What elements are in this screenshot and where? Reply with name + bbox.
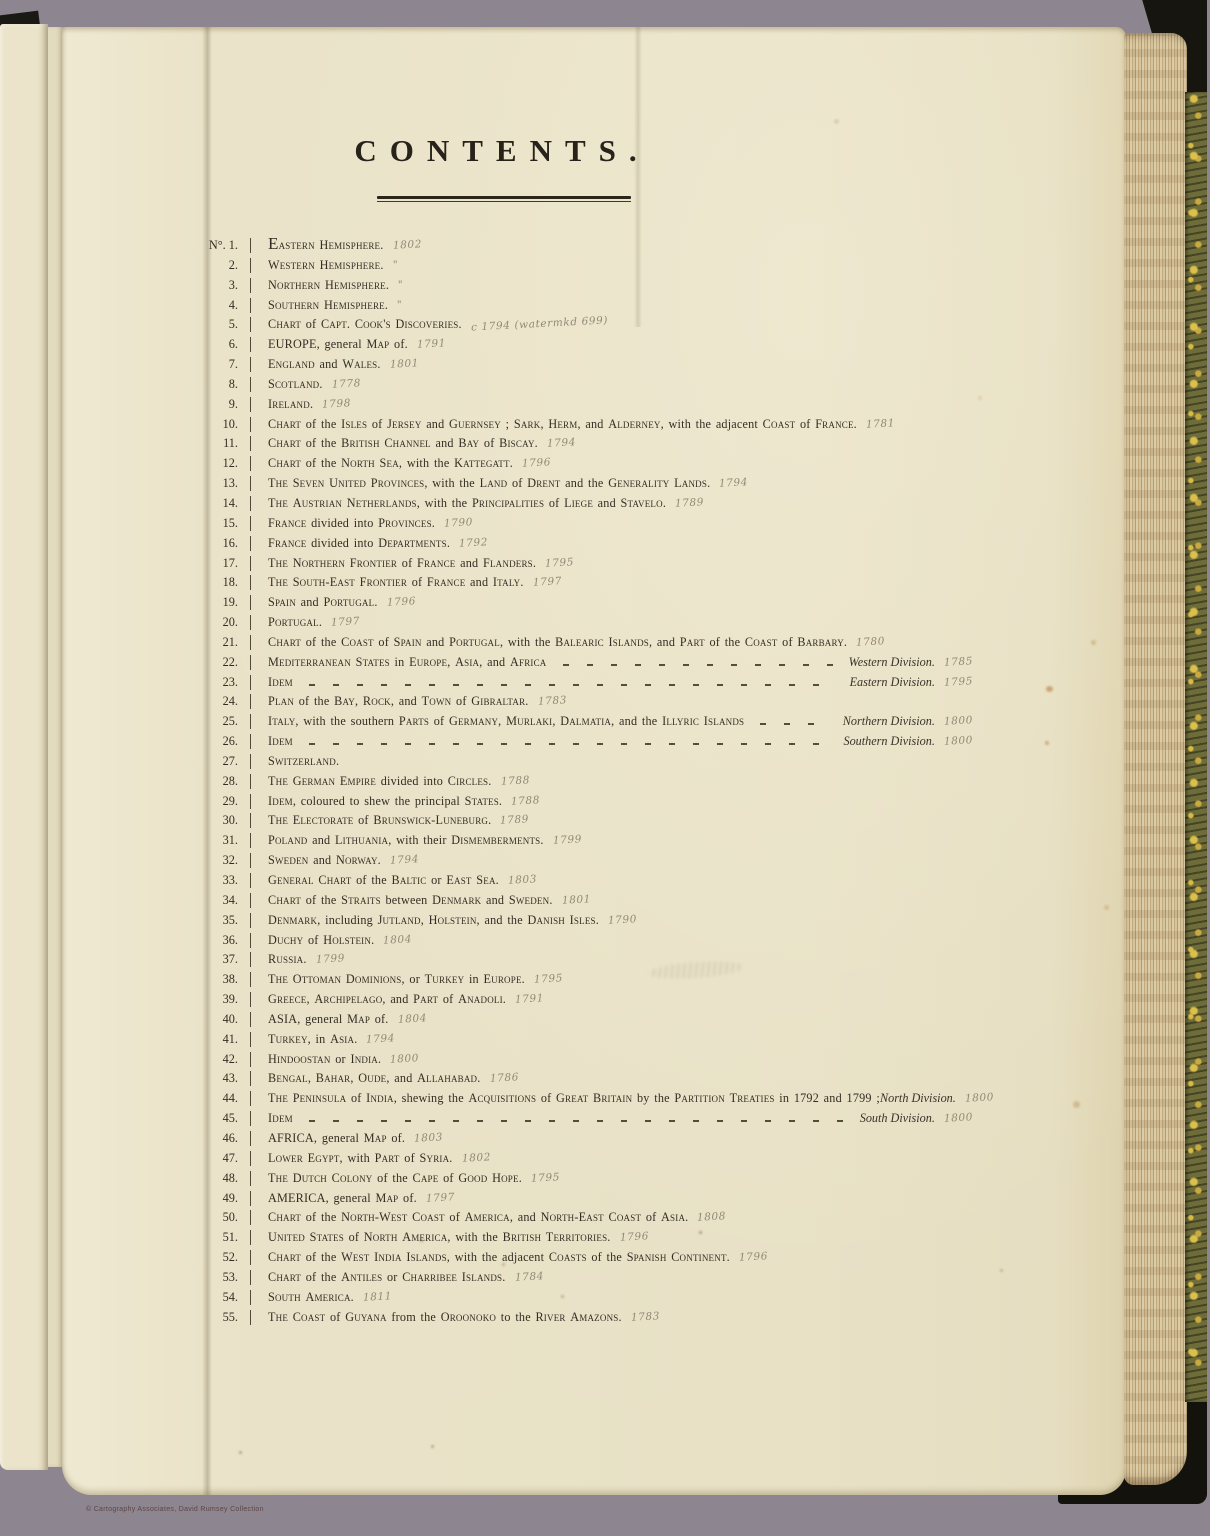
handwritten-year: 1789 xyxy=(675,496,705,510)
toc-row: 10.Chart of the Isles of Jersey and Guer… xyxy=(178,417,973,437)
division-label: Eastern Division. xyxy=(850,675,935,690)
entry-body: Lower Egypt, with Part of Syria. 1802 xyxy=(250,1151,973,1166)
entry-title: The Dutch Colony of the Cape of Good Hop… xyxy=(268,1171,522,1186)
entry-title: AMERICA, general Map of. xyxy=(268,1191,417,1206)
entry-title: Chart of the British Channel and Bay of … xyxy=(268,436,538,451)
foxing-spot xyxy=(1104,905,1109,910)
entry-number: 13. xyxy=(178,476,250,491)
handwritten-year: 1797 xyxy=(426,1191,456,1205)
handwritten-year: 1783 xyxy=(630,1310,660,1324)
entry-title: France divided into Departments. xyxy=(268,536,450,551)
division-label: Western Division. xyxy=(849,655,935,670)
toc-row: 49.AMERICA, general Map of. 1797 xyxy=(178,1191,973,1211)
entry-title: Italy, with the southern Parts of German… xyxy=(268,714,744,729)
entry-number: 16. xyxy=(178,536,250,551)
entry-title: Idem xyxy=(268,734,293,749)
entry-title: Northern Hemisphere. xyxy=(268,278,389,293)
entry-body: Plan of the Bay, Rock, and Town of Gibra… xyxy=(250,694,973,709)
entry-body: Northern Hemisphere. " xyxy=(250,278,973,293)
entry-number: 36. xyxy=(178,933,250,948)
entry-title: Scotland. xyxy=(268,377,323,392)
entry-number: 5. xyxy=(178,317,250,332)
entry-title: EUROPE, general Map of. xyxy=(268,337,408,352)
handwritten-year: 1800 xyxy=(944,1111,974,1125)
entry-body: Scotland. 1778 xyxy=(250,377,973,392)
entry-number: 21. xyxy=(178,635,250,650)
entry-number: 55. xyxy=(178,1310,250,1325)
entry-body: The Coast of Guyana from the Oroonoko to… xyxy=(250,1310,973,1325)
entry-title: Poland and Lithuania, with their Dismemb… xyxy=(268,833,544,848)
handwritten-year: 1783 xyxy=(537,695,567,709)
entry-number: 14. xyxy=(178,496,250,511)
toc-row: 53.Chart of the Antiles or Charribee Isl… xyxy=(178,1270,973,1290)
handwritten-year: 1796 xyxy=(619,1230,649,1244)
toc-row: 28.The German Empire divided into Circle… xyxy=(178,774,973,794)
entry-title: Chart of the West India Islands, with th… xyxy=(268,1250,730,1265)
entry-number: 33. xyxy=(178,873,250,888)
entry-number: 29. xyxy=(178,794,250,809)
toc-row: 40.ASIA, general Map of. 1804 xyxy=(178,1012,973,1032)
foxing-spot xyxy=(1073,1101,1080,1108)
handwritten-year: 1801 xyxy=(389,357,419,371)
toc-row: 50.Chart of the North-West Coast of Amer… xyxy=(178,1210,973,1230)
division-label: Southern Division. xyxy=(843,734,934,749)
handwritten-year: 1786 xyxy=(489,1072,519,1086)
toc-row: 43.Bengal, Bahar, Oude, and Allahabad. 1… xyxy=(178,1071,973,1091)
handwritten-year: 1788 xyxy=(511,794,541,808)
toc-row: 34.Chart of the Straits between Denmark … xyxy=(178,893,973,913)
entry-title: France divided into Provinces. xyxy=(268,516,435,531)
entry-body: The Electorate of Brunswick-Luneburg. 17… xyxy=(250,813,973,828)
entry-title: Ireland. xyxy=(268,397,313,412)
dash-leader xyxy=(760,723,827,725)
entry-title: United States of North America, with the… xyxy=(268,1230,611,1245)
toc-row: 8.Scotland. 1778 xyxy=(178,377,973,397)
toc-row: 48.The Dutch Colony of the Cape of Good … xyxy=(178,1171,973,1191)
entry-title: Turkey, in Asia. xyxy=(268,1032,357,1047)
toc-row: 32.Sweden and Norway. 1794 xyxy=(178,853,973,873)
foxing-spot xyxy=(834,119,839,124)
handwritten-year: 1808 xyxy=(697,1211,727,1225)
entry-title: Spain and Portugal. xyxy=(268,595,378,610)
handwritten-year: 1792 xyxy=(459,536,489,550)
toc-row: 18.The South-East Frontier of France and… xyxy=(178,575,973,595)
handwritten-year: 1800 xyxy=(944,714,974,728)
handwritten-year: 1799 xyxy=(552,834,582,848)
handwritten-year: 1801 xyxy=(561,893,591,907)
toc-row: 35.Denmark, including Jutland, Holstein,… xyxy=(178,913,973,933)
entry-number: 8. xyxy=(178,377,250,392)
dash-leader xyxy=(563,664,833,666)
entry-body: The Peninsula of India, shewing the Acqu… xyxy=(250,1091,973,1106)
entry-number: 27. xyxy=(178,754,250,769)
entry-number: N°. 1. xyxy=(178,238,250,253)
handwritten-year: 1794 xyxy=(547,437,577,451)
entry-title: Russia. xyxy=(268,952,307,967)
toc-row: 13.The Seven United Provinces, with the … xyxy=(178,476,973,496)
entry-body: The German Empire divided into Circles. … xyxy=(250,774,973,789)
entry-body: General Chart of the Baltic or East Sea.… xyxy=(250,873,973,888)
entry-number: 17. xyxy=(178,556,250,571)
entry-body: Idem, coloured to shew the principal Sta… xyxy=(250,794,973,809)
handwritten-year: 1796 xyxy=(522,457,552,471)
entry-body: Italy, with the southern Parts of German… xyxy=(250,714,973,729)
entry-title: England and Wales. xyxy=(268,357,381,372)
division-label: Northern Division. xyxy=(843,714,935,729)
entry-body: Southern Hemisphere. " xyxy=(250,298,973,313)
entry-title: Mediterranean States in Europe, Asia, an… xyxy=(268,655,547,670)
handwritten-year: 1790 xyxy=(444,516,474,530)
toc-row: 30.The Electorate of Brunswick-Luneburg.… xyxy=(178,813,973,833)
entry-title: The South-East Frontier of France and It… xyxy=(268,575,524,590)
toc-row: 37.Russia. 1799 xyxy=(178,952,973,972)
entry-title: Chart of Capt. Cook's Discoveries. xyxy=(268,317,462,332)
foxing-spot xyxy=(978,396,982,400)
foxing-spot xyxy=(431,1445,434,1448)
entry-number: 26. xyxy=(178,734,250,749)
entry-title: Idem xyxy=(268,675,293,690)
toc-row: 51.United States of North America, with … xyxy=(178,1230,973,1250)
toc-row: 19.Spain and Portugal. 1796 xyxy=(178,595,973,615)
handwritten-year: 1781 xyxy=(866,417,896,431)
entry-number: 6. xyxy=(178,337,250,352)
entry-title: AFRICA, general Map of. xyxy=(268,1131,405,1146)
toc-row: 7.England and Wales. 1801 xyxy=(178,357,973,377)
handwritten-year: 1778 xyxy=(331,377,361,391)
foxing-spot xyxy=(1046,686,1053,692)
handwritten-year: 1784 xyxy=(514,1270,544,1284)
entry-body: The South-East Frontier of France and It… xyxy=(250,575,973,590)
handwritten-year: 1789 xyxy=(500,814,530,828)
entry-title: Sweden and Norway. xyxy=(268,853,381,868)
toc-row: 25.Italy, with the southern Parts of Ger… xyxy=(178,714,973,734)
entry-number: 42. xyxy=(178,1052,250,1067)
handwritten-year: 1802 xyxy=(461,1151,491,1165)
contents-list: N°. 1.Eastern Hemisphere. 18022.Western … xyxy=(178,238,973,1329)
toc-row: 45.Idem South Division.1800 xyxy=(178,1111,973,1131)
entry-body: Chart of the North Sea, with the Kattega… xyxy=(250,456,973,471)
entry-number: 22. xyxy=(178,655,250,670)
handwritten-year: 1795 xyxy=(944,675,974,689)
entry-title: Duchy of Holstein. xyxy=(268,933,374,948)
toc-row: 12.Chart of the North Sea, with the Katt… xyxy=(178,456,973,476)
handwritten-year: 1798 xyxy=(322,397,352,411)
entry-title: Western Hemisphere. xyxy=(268,258,384,273)
entry-number: 53. xyxy=(178,1270,250,1285)
entry-title: Idem xyxy=(268,1111,293,1126)
marbled-board-edge xyxy=(1185,92,1207,1402)
handwritten-year: 1795 xyxy=(534,972,564,986)
entry-number: 19. xyxy=(178,595,250,610)
entry-body: Mediterranean States in Europe, Asia, an… xyxy=(250,655,973,670)
toc-row: N°. 1.Eastern Hemisphere. 1802 xyxy=(178,238,973,258)
entry-title: Hindoostan or India. xyxy=(268,1052,381,1067)
entry-title: Eastern Hemisphere. xyxy=(268,238,384,253)
book-scan-photo: { "header": { "title": "CONTENTS." }, "f… xyxy=(0,0,1210,1536)
collection-credit: © Cartography Associates, David Rumsey C… xyxy=(86,1506,264,1513)
entry-number: 38. xyxy=(178,972,250,987)
entry-body: The Dutch Colony of the Cape of Good Hop… xyxy=(250,1171,973,1186)
handwritten-year: 1794 xyxy=(366,1032,396,1046)
entry-body: Portugal. 1797 xyxy=(250,615,973,630)
entry-number: 35. xyxy=(178,913,250,928)
handwritten-year: " xyxy=(397,298,403,310)
entry-body: Denmark, including Jutland, Holstein, an… xyxy=(250,913,973,928)
entry-title: Greece, Archipelago, and Part of Anadoli… xyxy=(268,992,506,1007)
toc-row: 29.Idem, coloured to shew the principal … xyxy=(178,794,973,814)
toc-row: 20.Portugal. 1797 xyxy=(178,615,973,635)
entry-number: 43. xyxy=(178,1071,250,1086)
toc-row: 55.The Coast of Guyana from the Oroonoko… xyxy=(178,1310,973,1330)
entry-number: 44. xyxy=(178,1091,250,1106)
entry-body: Idem South Division.1800 xyxy=(250,1111,973,1126)
entry-title: The Coast of Guyana from the Oroonoko to… xyxy=(268,1310,622,1325)
entry-number: 11. xyxy=(178,436,250,451)
handwritten-year: 1795 xyxy=(531,1171,561,1185)
handwritten-year: 1790 xyxy=(608,913,638,927)
entry-title: The Northern Frontier of France and Flan… xyxy=(268,556,536,571)
entry-number: 28. xyxy=(178,774,250,789)
entry-number: 37. xyxy=(178,952,250,967)
entry-body: EUROPE, general Map of. 1791 xyxy=(250,337,973,352)
entry-body: Ireland. 1798 xyxy=(250,397,973,412)
entry-body: England and Wales. 1801 xyxy=(250,357,973,372)
entry-title: General Chart of the Baltic or East Sea. xyxy=(268,873,499,888)
entry-number: 40. xyxy=(178,1012,250,1027)
toc-row: 54.South America. 1811 xyxy=(178,1290,973,1310)
toc-row: 15.France divided into Provinces. 1790 xyxy=(178,516,973,536)
entry-title: Lower Egypt, with Part of Syria. xyxy=(268,1151,453,1166)
entry-body: The Ottoman Dominions, or Turkey in Euro… xyxy=(250,972,973,987)
dash-leader xyxy=(309,684,834,686)
foxing-spot xyxy=(1045,741,1049,745)
handwritten-year: 1785 xyxy=(944,655,974,669)
entry-body: Chart of the Isles of Jersey and Guernse… xyxy=(250,417,973,432)
entry-number: 46. xyxy=(178,1131,250,1146)
entry-title: ASIA, general Map of. xyxy=(268,1012,389,1027)
entry-body: Spain and Portugal. 1796 xyxy=(250,595,973,610)
toc-row: 5.Chart of Capt. Cook's Discoveries. c 1… xyxy=(178,317,973,337)
toc-row: 23.Idem Eastern Division.1795 xyxy=(178,675,973,695)
entry-number: 23. xyxy=(178,675,250,690)
entry-number: 49. xyxy=(178,1191,250,1206)
handwritten-year: 1800 xyxy=(944,734,974,748)
handwritten-year: 1800 xyxy=(390,1052,420,1066)
toc-row: 9.Ireland. 1798 xyxy=(178,397,973,417)
entry-body: Chart of the Antiles or Charribee Island… xyxy=(250,1270,973,1285)
foxing-spot xyxy=(1091,640,1096,645)
toc-row: 16.France divided into Departments. 1792 xyxy=(178,536,973,556)
entry-body: South America. 1811 xyxy=(250,1290,973,1305)
entry-body: France divided into Departments. 1792 xyxy=(250,536,973,551)
handwritten-year: 1796 xyxy=(739,1250,769,1264)
toc-row: 47.Lower Egypt, with Part of Syria. 1802 xyxy=(178,1151,973,1171)
entry-number: 30. xyxy=(178,813,250,828)
entry-number: 47. xyxy=(178,1151,250,1166)
entry-title: Southern Hemisphere. xyxy=(268,298,388,313)
handwritten-year: c 1794 (watermkd 699) xyxy=(470,315,608,334)
entry-title: Switzerland. xyxy=(268,754,339,769)
entry-number: 4. xyxy=(178,298,250,313)
entry-number: 7. xyxy=(178,357,250,372)
entry-body: Chart of Capt. Cook's Discoveries. c 179… xyxy=(250,317,973,332)
handwritten-year: 1794 xyxy=(390,853,420,867)
handwritten-year: 1802 xyxy=(392,238,422,252)
entry-body: Bengal, Bahar, Oude, and Allahabad. 1786 xyxy=(250,1071,973,1086)
entry-body: Chart of the North-West Coast of America… xyxy=(250,1210,973,1225)
toc-row: 44.The Peninsula of India, shewing the A… xyxy=(178,1091,973,1111)
entry-body: Turkey, in Asia. 1794 xyxy=(250,1032,973,1047)
entry-number: 48. xyxy=(178,1171,250,1186)
entry-number: 20. xyxy=(178,615,250,630)
dash-leader xyxy=(309,743,828,745)
entry-title: Chart of the Isles of Jersey and Guernse… xyxy=(268,417,857,432)
toc-row: 21.Chart of the Coast of Spain and Portu… xyxy=(178,635,973,655)
division-label: South Division. xyxy=(860,1111,935,1126)
handwritten-year: 1780 xyxy=(856,635,886,649)
toc-row: 22.Mediterranean States in Europe, Asia,… xyxy=(178,655,973,675)
entry-body: Switzerland. xyxy=(250,754,973,769)
entry-title: Chart of the Straits between Denmark and… xyxy=(268,893,553,908)
entry-body: The Seven United Provinces, with the Lan… xyxy=(250,476,973,491)
handwritten-year: 1804 xyxy=(383,933,413,947)
handwritten-year: 1794 xyxy=(719,476,749,490)
entry-title: Idem, coloured to shew the principal Sta… xyxy=(268,794,502,809)
toc-row: 46.AFRICA, general Map of. 1803 xyxy=(178,1131,973,1151)
toc-row: 11.Chart of the British Channel and Bay … xyxy=(178,436,973,456)
entry-number: 12. xyxy=(178,456,250,471)
entry-number: 25. xyxy=(178,714,250,729)
page-stack-fore-edge xyxy=(1124,33,1187,1485)
entry-number: 45. xyxy=(178,1111,250,1126)
entry-title: Chart of the North-West Coast of America… xyxy=(268,1210,688,1225)
entry-number: 51. xyxy=(178,1230,250,1245)
page-title: CONTENTS. xyxy=(300,133,704,169)
entry-number: 18. xyxy=(178,575,250,590)
entry-body: Chart of the Coast of Spain and Portugal… xyxy=(250,635,973,650)
toc-row: 17.The Northern Frontier of France and F… xyxy=(178,556,973,576)
entry-title: The Seven United Provinces, with the Lan… xyxy=(268,476,710,491)
entry-number: 39. xyxy=(178,992,250,1007)
entry-title: Denmark, including Jutland, Holstein, an… xyxy=(268,913,599,928)
foxing-spot xyxy=(239,1451,242,1454)
entry-body: Hindoostan or India. 1800 xyxy=(250,1052,973,1067)
entry-body: Poland and Lithuania, with their Dismemb… xyxy=(250,833,973,848)
handwritten-year: 1788 xyxy=(500,774,530,788)
entry-number: 32. xyxy=(178,853,250,868)
title-rule-thin xyxy=(377,201,631,202)
handwritten-year: 1803 xyxy=(414,1131,444,1145)
entry-body: Chart of the Straits between Denmark and… xyxy=(250,893,973,908)
entry-body: Greece, Archipelago, and Part of Anadoli… xyxy=(250,992,973,1007)
entry-number: 9. xyxy=(178,397,250,412)
entry-title: The Austrian Netherlands, with the Princ… xyxy=(268,496,666,511)
entry-title: Chart of the Antiles or Charribee Island… xyxy=(268,1270,506,1285)
entry-body: United States of North America, with the… xyxy=(250,1230,973,1245)
handwritten-year: " xyxy=(392,259,398,271)
handwritten-year: 1795 xyxy=(545,556,575,570)
entry-title: Plan of the Bay, Rock, and Town of Gibra… xyxy=(268,694,529,709)
entry-body: AFRICA, general Map of. 1803 xyxy=(250,1131,973,1146)
entry-title: Chart of the North Sea, with the Kattega… xyxy=(268,456,513,471)
toc-row: 24.Plan of the Bay, Rock, and Town of Gi… xyxy=(178,694,973,714)
entry-title: The Ottoman Dominions, or Turkey in Euro… xyxy=(268,972,525,987)
handwritten-year: 1800 xyxy=(964,1092,994,1106)
toc-row: 31.Poland and Lithuania, with their Dism… xyxy=(178,833,973,853)
entry-number: 2. xyxy=(178,258,250,273)
entry-number: 15. xyxy=(178,516,250,531)
toc-row: 36.Duchy of Holstein. 1804 xyxy=(178,933,973,953)
handwritten-year: 1811 xyxy=(363,1290,393,1304)
toc-row: 2.Western Hemisphere. " xyxy=(178,258,973,278)
entry-title: The German Empire divided into Circles. xyxy=(268,774,492,789)
entry-number: 41. xyxy=(178,1032,250,1047)
division-label: North Division. xyxy=(880,1091,956,1106)
entry-body: AMERICA, general Map of. 1797 xyxy=(250,1191,973,1206)
entry-number: 31. xyxy=(178,833,250,848)
entry-body: Chart of the West India Islands, with th… xyxy=(250,1250,973,1265)
entry-number: 52. xyxy=(178,1250,250,1265)
toc-row: 4.Southern Hemisphere. " xyxy=(178,298,973,318)
entry-body: The Austrian Netherlands, with the Princ… xyxy=(250,496,973,511)
toc-row: 39.Greece, Archipelago, and Part of Anad… xyxy=(178,992,973,1012)
toc-row: 3.Northern Hemisphere. " xyxy=(178,278,973,298)
entry-body: The Northern Frontier of France and Flan… xyxy=(250,556,973,571)
toc-row: 41.Turkey, in Asia. 1794 xyxy=(178,1032,973,1052)
toc-row: 14.The Austrian Netherlands, with the Pr… xyxy=(178,496,973,516)
entry-title: Portugal. xyxy=(268,615,322,630)
handwritten-year: 1799 xyxy=(315,953,345,967)
toc-row: 33.General Chart of the Baltic or East S… xyxy=(178,873,973,893)
handwritten-year: 1791 xyxy=(417,337,447,351)
handwritten-year: 1797 xyxy=(532,576,562,590)
entry-number: 10. xyxy=(178,417,250,432)
toc-row: 27.Switzerland. xyxy=(178,754,973,774)
title-rule xyxy=(377,196,631,203)
entry-number: 54. xyxy=(178,1290,250,1305)
entry-title: South America. xyxy=(268,1290,354,1305)
entry-body: ASIA, general Map of. 1804 xyxy=(250,1012,973,1027)
entry-number: 34. xyxy=(178,893,250,908)
entry-body: Russia. 1799 xyxy=(250,952,973,967)
toc-row: 6.EUROPE, general Map of. 1791 xyxy=(178,337,973,357)
entry-body: Western Hemisphere. " xyxy=(250,258,973,273)
underlying-page-edge xyxy=(0,24,48,1470)
handwritten-year: 1804 xyxy=(397,1012,427,1026)
entry-body: Sweden and Norway. 1794 xyxy=(250,853,973,868)
entry-title: The Peninsula of India, shewing the Acqu… xyxy=(268,1091,880,1106)
entry-body: Chart of the British Channel and Bay of … xyxy=(250,436,973,451)
handwritten-year: 1791 xyxy=(515,992,545,1006)
entry-body: Idem Southern Division.1800 xyxy=(250,734,973,749)
entry-number: 3. xyxy=(178,278,250,293)
entry-body: France divided into Provinces. 1790 xyxy=(250,516,973,531)
handwritten-year: " xyxy=(398,279,404,291)
entry-number: 24. xyxy=(178,694,250,709)
entry-title: The Electorate of Brunswick-Luneburg. xyxy=(268,813,491,828)
entry-number: 50. xyxy=(178,1210,250,1225)
title-rule-thick xyxy=(377,196,631,199)
handwritten-year: 1803 xyxy=(508,873,538,887)
toc-row: 52.Chart of the West India Islands, with… xyxy=(178,1250,973,1270)
entry-body: Duchy of Holstein. 1804 xyxy=(250,933,973,948)
handwritten-year: 1796 xyxy=(386,595,416,609)
foxing-spot xyxy=(1000,1269,1003,1272)
dash-leader xyxy=(309,1120,844,1122)
entry-body: Idem Eastern Division.1795 xyxy=(250,675,973,690)
entry-title: Chart of the Coast of Spain and Portugal… xyxy=(268,635,847,650)
entry-title: Bengal, Bahar, Oude, and Allahabad. xyxy=(268,1071,481,1086)
